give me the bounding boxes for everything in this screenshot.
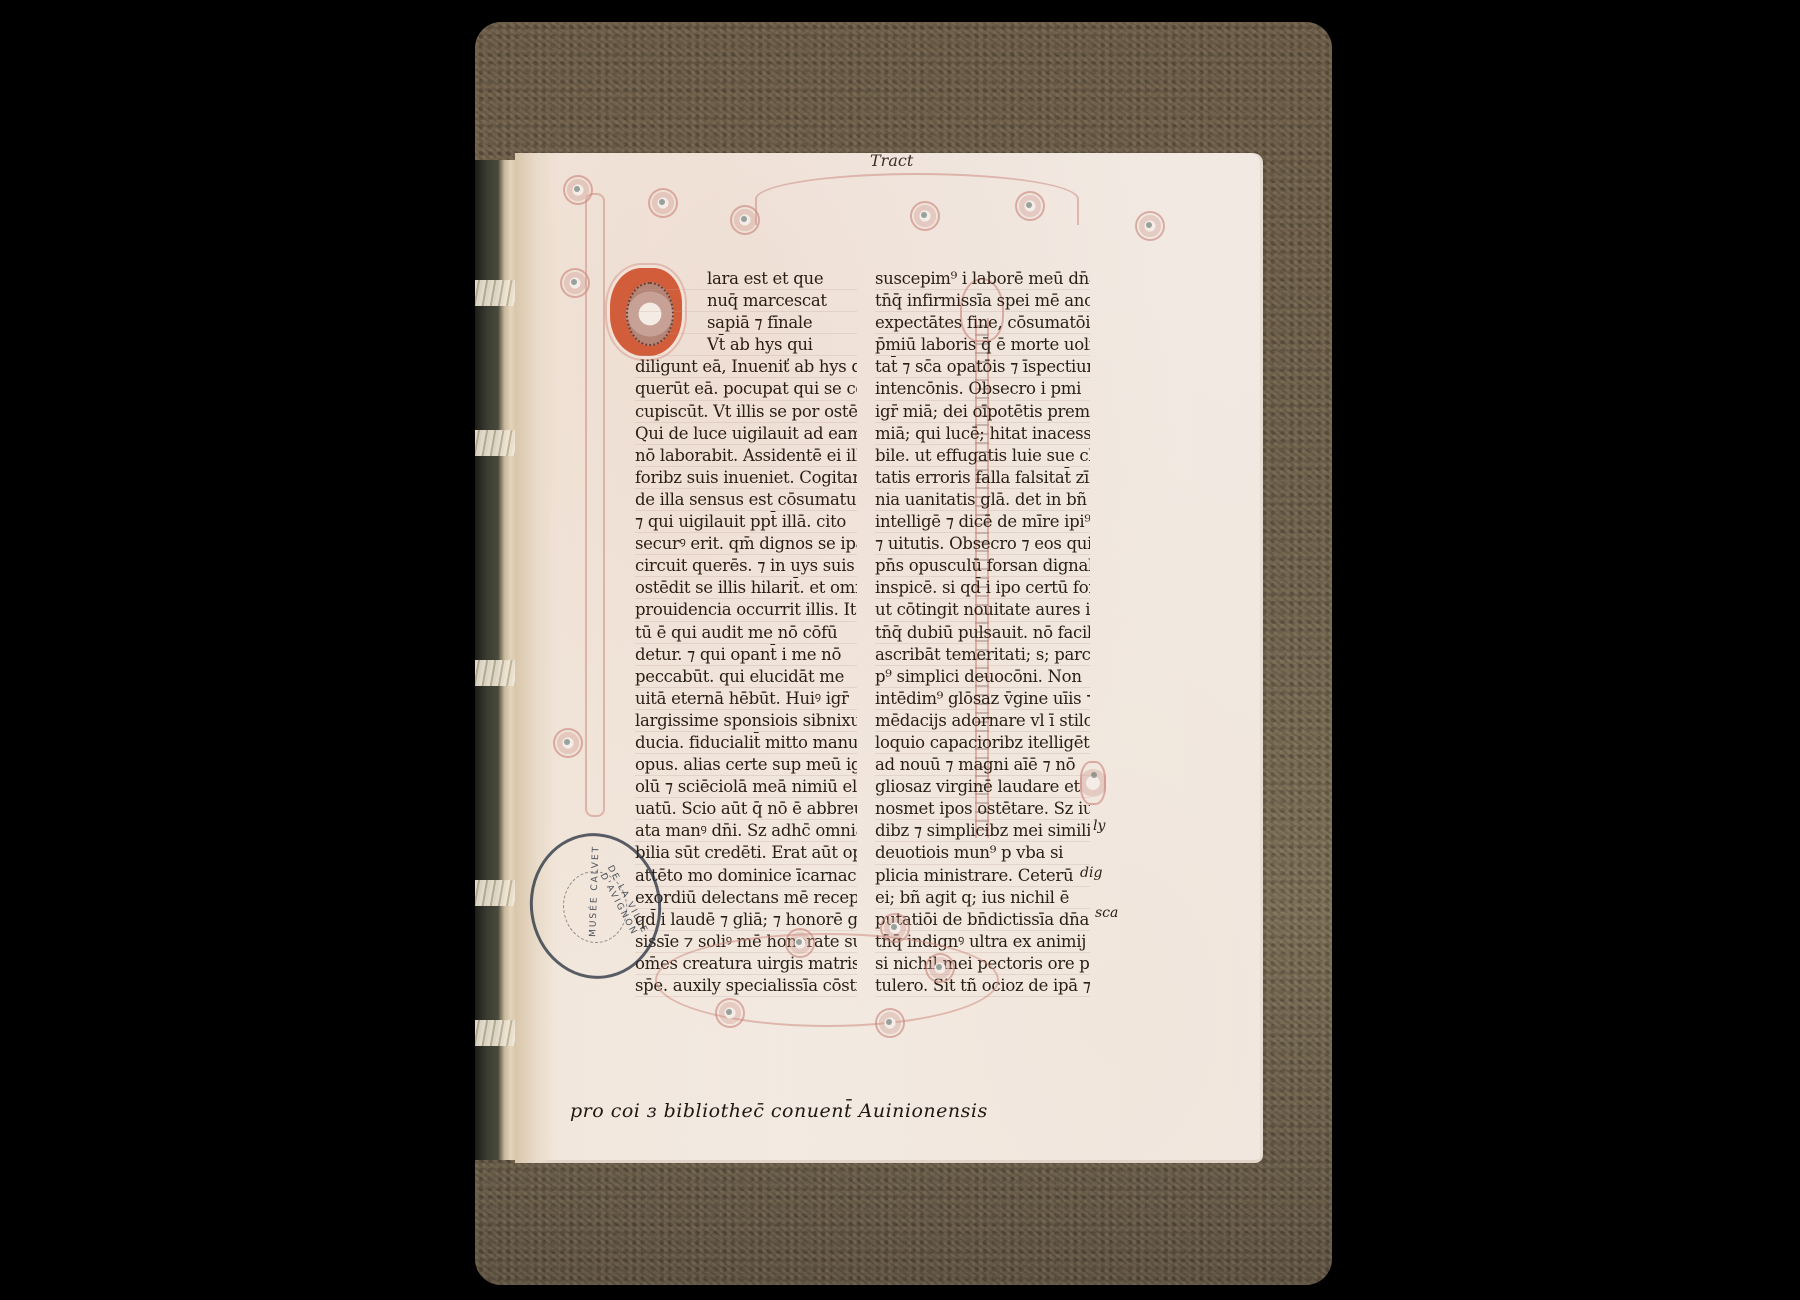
- text-line: nosmet ipos ostētare. Sz iu: [875, 798, 1090, 820]
- manuscript-page: Tract C lara est et que nuq̄ marcescat s…: [515, 153, 1263, 1163]
- text-line: securꝰ erit. qm̄ dignos se ipā: [635, 533, 857, 555]
- text-line: nō laborabit. Assidentē ei illā.: [635, 445, 857, 467]
- text-line: intelligē ⁊ dicē de mīre ipi⁹ mīe: [875, 511, 1090, 533]
- text-line: dibz ⁊ simplicibz mei simili: [875, 820, 1090, 842]
- text-line: uitā eternā hēbūt. Huiꝰ igr̄: [635, 688, 857, 710]
- text-line: querūt eā. pocupat qui se cō: [635, 378, 857, 400]
- text-line: ostēdit se illis hilarit̄. et omni: [635, 577, 857, 599]
- text-line: tū ē qui audit me nō cōfū: [635, 622, 857, 644]
- text-line: tat̄ ⁊ sc̄a opatōis ⁊ īspectiur: [875, 356, 1090, 378]
- text-line: ⁊ qui uigilauit ppt̄ illā. cito: [635, 511, 857, 533]
- text-line: expectātes fine, cōsumatōis ⁊: [875, 312, 1090, 334]
- text-line: gliosaz virginē laudare et: [875, 776, 1090, 798]
- flower-ornament-icon: [1135, 211, 1165, 241]
- text-line: plicia ministrare. Ceterū: [875, 865, 1090, 887]
- text-line: circuit querēs. ⁊ in uys suis: [635, 555, 857, 577]
- text-line: inspicē. si qd̄ i ipo certū forsitan: [875, 577, 1090, 599]
- book-spine: [475, 160, 517, 1160]
- text-line: tatis erroris falla falsitat̄ zīza: [875, 467, 1090, 489]
- text-line: miā; qui lucē; hitat inacessi: [875, 423, 1090, 445]
- ownership-inscription: pro coi ɜ bibliothec̄ conuent̄ Auinionen…: [570, 1100, 988, 1122]
- text-line: pn̄s opusculū forsan dignabūt: [875, 555, 1090, 577]
- text-column-2: suscepim⁹ i laborē meū dn̄a tn̄q̄ infirm…: [875, 268, 1090, 997]
- text-line: de illa sensus est cōsumatus.: [635, 489, 857, 511]
- flower-ornament-icon: [715, 998, 745, 1028]
- text-line: ascribāt temeritati; s; parcāt: [875, 644, 1090, 666]
- text-line: Qui de luce uigilauit ad eam: [635, 423, 857, 445]
- text-line: nia uanitatis glā. det in bñ: [875, 489, 1090, 511]
- text-line: mēdacijs adornare vl ī stilo alt̄: [875, 710, 1090, 732]
- text-line: ad nouū ⁊ magni aīē ⁊ nō: [875, 754, 1090, 776]
- text-line: tn̄q̄ infirmissīa spei mē ancora: [875, 290, 1090, 312]
- text-line: suscepim⁹ i laborē meū dn̄a: [875, 268, 1090, 290]
- bottom-vine-ornament: [655, 913, 1015, 1083]
- text-line: detur. ⁊ qui opant̄ i me nō: [635, 644, 857, 666]
- flower-ornament-icon: [648, 188, 678, 218]
- page-gutter: [515, 153, 553, 1163]
- text-line: peccabūt. qui elucidāt me: [635, 666, 857, 688]
- text-line: attēto mo dominice īcarnacōis: [635, 865, 857, 887]
- text-line: ut cōtingit nouitate aures ipōz: [875, 599, 1090, 621]
- text-line: igr̄ miā; dei oīpotētis prem ⁊: [875, 401, 1090, 423]
- flower-ornament-icon: [875, 1008, 905, 1038]
- text-line: intēdim⁹ glōsaz v̄gine uīis ⁊: [875, 688, 1090, 710]
- text-line: ata manꝰ dn̄i. Sz adhc̄ omnia possi: [635, 820, 857, 842]
- top-vine-border: [755, 173, 1079, 225]
- spine-tie: [475, 1020, 519, 1046]
- text-line: diligunt eā, Inueniť ab hys q: [635, 356, 857, 378]
- text-line: largissime sponsiois sibnixus fi: [635, 710, 857, 732]
- text-line: uatū. Scio aūt q̄ nō ē abbreui: [635, 798, 857, 820]
- text-line: p̄miū laboris q̄ ē morte uoli: [875, 334, 1090, 356]
- spine-tie: [475, 880, 519, 906]
- spine-tie: [475, 280, 519, 306]
- text-line: prouidencia occurrit illis. Ite sc̄p: [635, 599, 857, 621]
- text-line: cupiscūt. Vt illis se por ostēdat.: [635, 401, 857, 423]
- text-line: ⁊ uitutis. Obsecro ⁊ eos qui: [875, 533, 1090, 555]
- text-line: loquio capacioribz itelligētijs ⁊: [875, 732, 1090, 754]
- text-line: olū ⁊ sciēciolā meā nimiū ele: [635, 776, 857, 798]
- flower-ornament-icon: [880, 913, 910, 943]
- text-line: bile. ut effugatis luie sue clari: [875, 445, 1090, 467]
- left-vine-border: [585, 193, 605, 817]
- text-line: ei; bñ agit q; ius nichil ē: [875, 887, 1090, 909]
- text-line: deuotiois mun⁹ p vba si: [875, 842, 1090, 864]
- text-column-1: lara est et que nuq̄ marcescat sapiā ⁊ f…: [635, 268, 857, 997]
- text-line: bilia sūt credēti. Erat aūt opus qd̄: [635, 842, 857, 864]
- spine-tie: [475, 660, 519, 686]
- flower-ornament-icon: [785, 928, 815, 958]
- text-line: tn̄q̄ dubiū pulsauit. nō facile: [875, 622, 1090, 644]
- text-line: nuq̄ marcescat: [635, 290, 857, 312]
- text-line: Vt̄ ab hys qui: [635, 334, 857, 356]
- flower-ornament-icon: [925, 953, 955, 983]
- spine-tie: [475, 430, 519, 456]
- flower-ornament-icon: [553, 728, 583, 758]
- margin-note: ly: [1093, 818, 1105, 834]
- text-line: foribz suis inueniet. Cogitare go.: [635, 467, 857, 489]
- margin-note: dig: [1080, 865, 1102, 881]
- text-line: exordiū delectans mē recepciōis: [635, 887, 857, 909]
- top-annotation: Tract: [870, 151, 913, 170]
- text-line: lara est et que: [635, 268, 857, 290]
- text-line: intencōnis. Obsecro i pmi: [875, 378, 1090, 400]
- text-line: ducia. fiducialit̄ mitto manus i: [635, 732, 857, 754]
- text-line: opus. alias certe sup meū igeni: [635, 754, 857, 776]
- text-line: p⁹ simplici deuocōni. Non: [875, 666, 1090, 688]
- margin-note: sca: [1095, 905, 1118, 921]
- text-line: sapiā ⁊ fīnale: [635, 312, 857, 334]
